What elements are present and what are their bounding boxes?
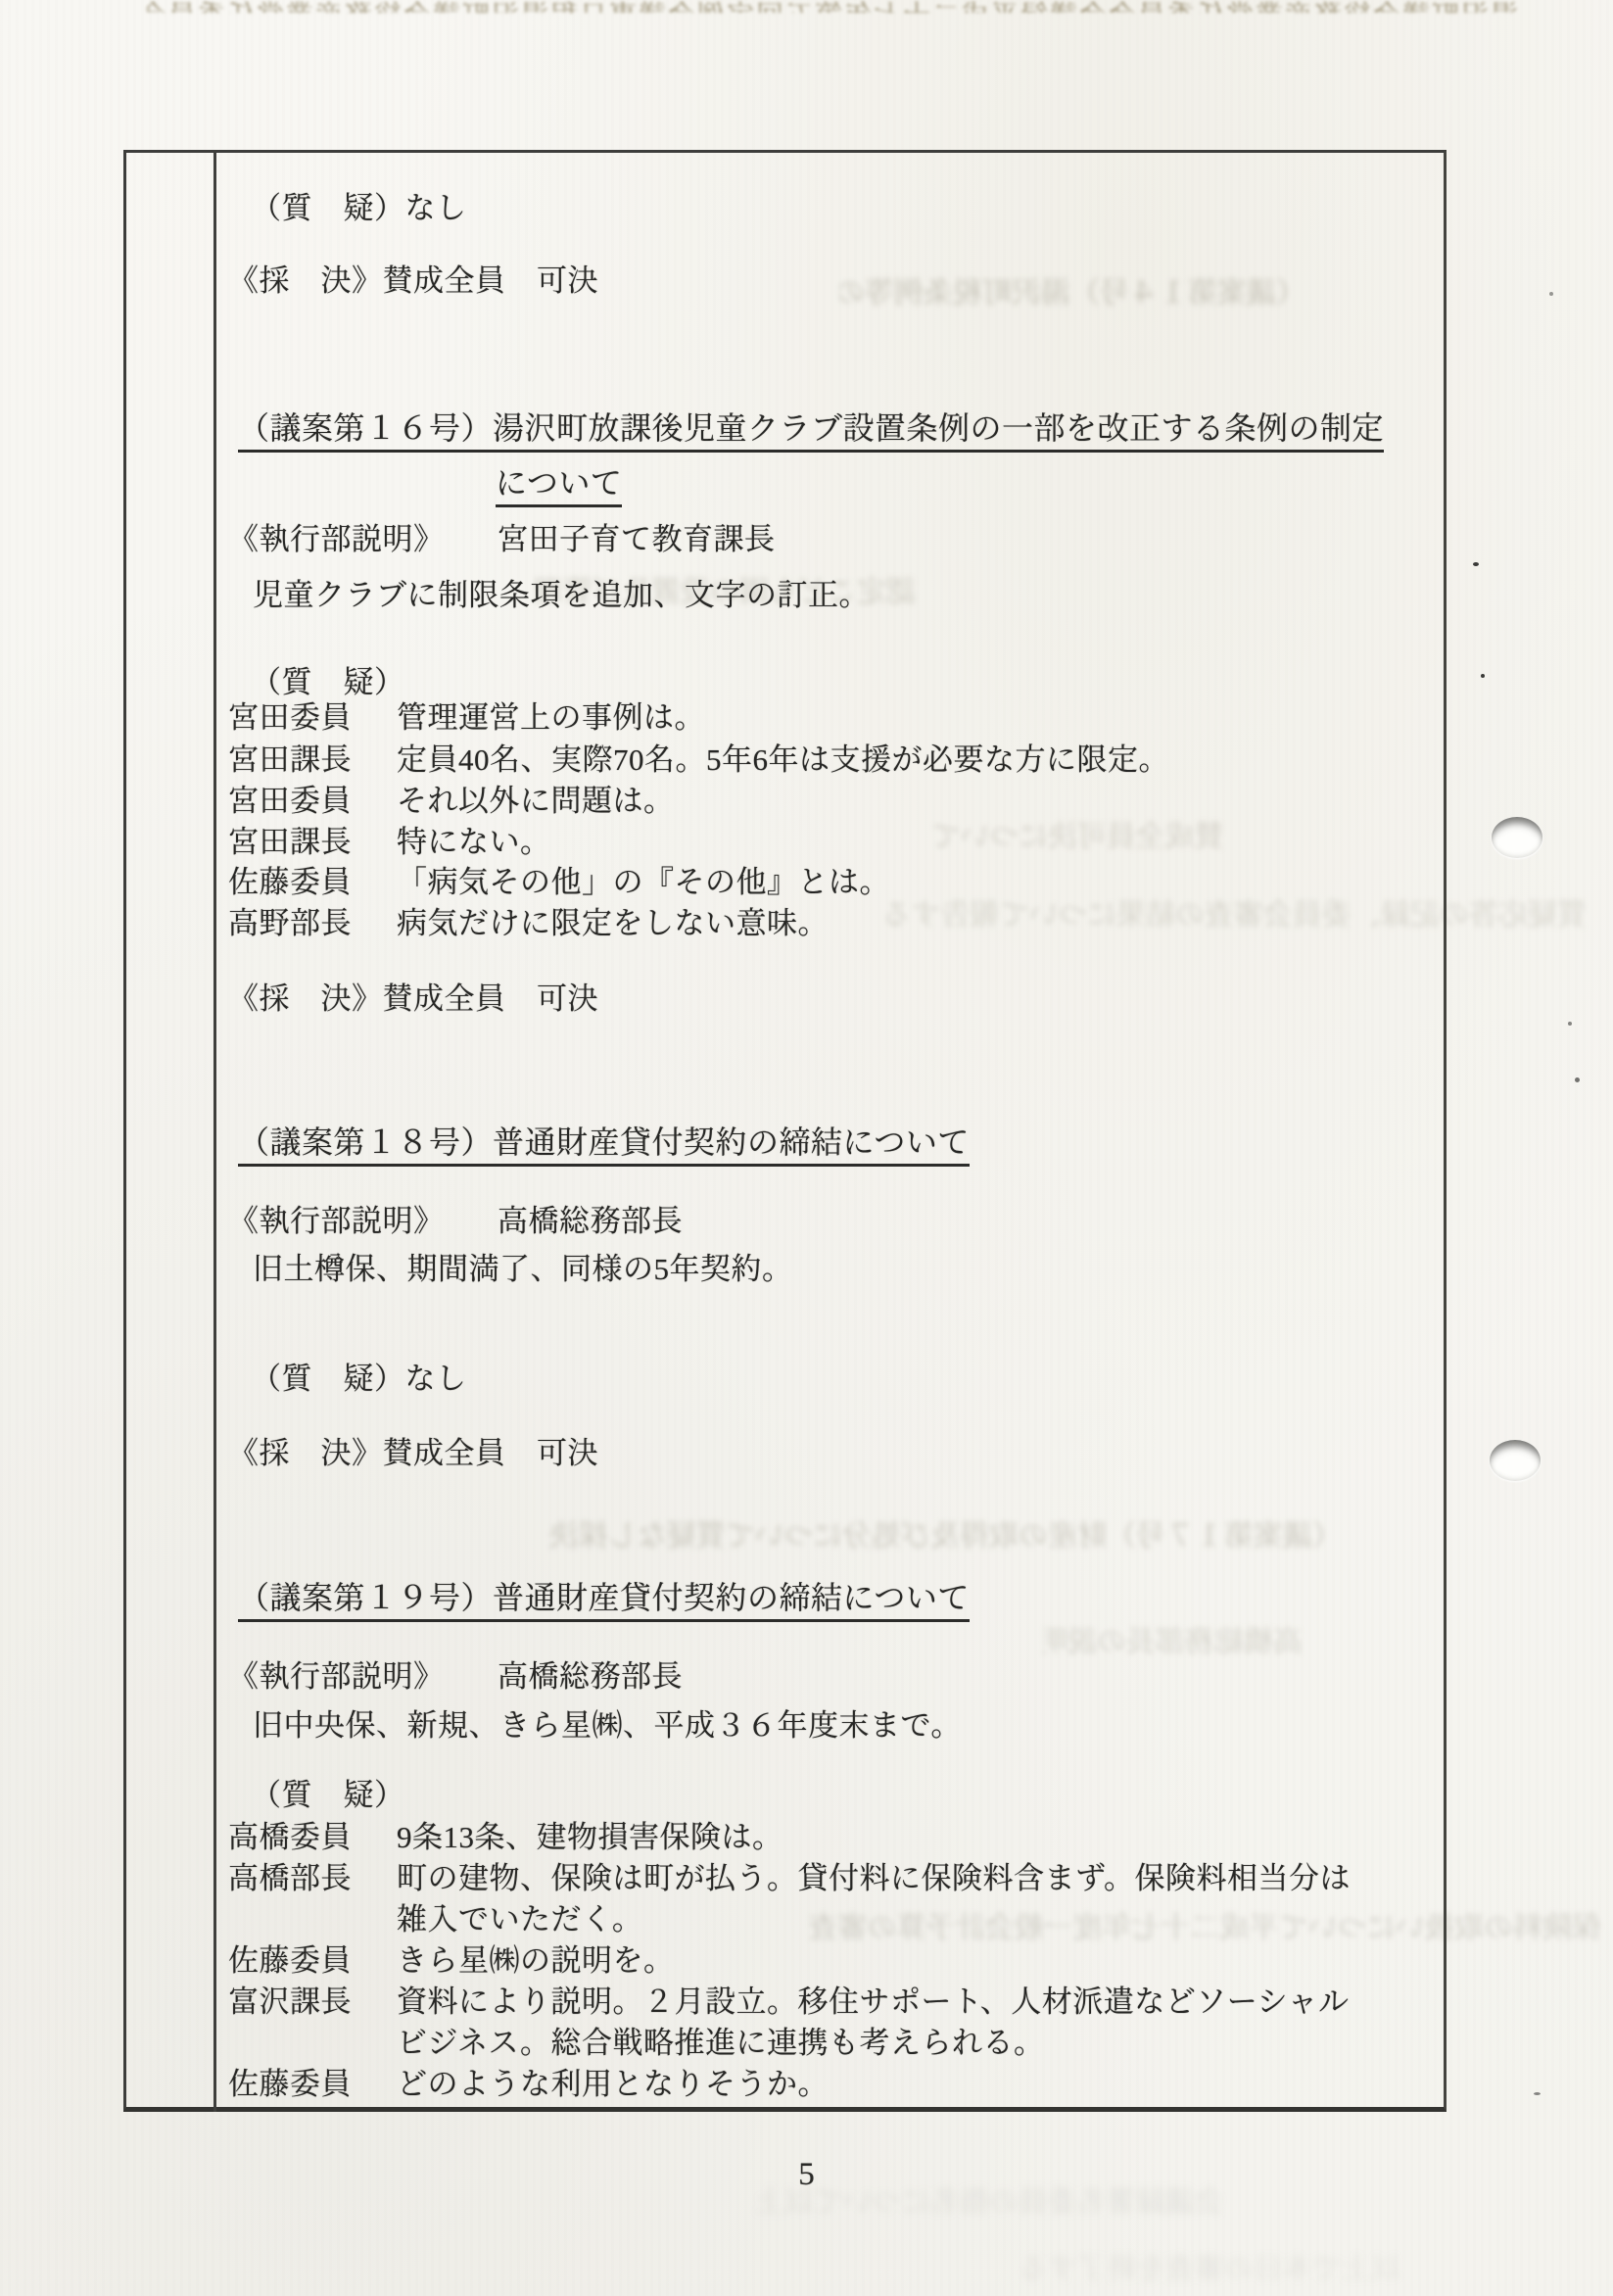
agenda19-heading-line: （議案第１９号）普通財産貸付契約の締結について: [238, 1579, 970, 1618]
qa-row: 富沢課長資料により説明。２月設立。移住サポート、人材派遣などソーシャル: [228, 1983, 1349, 2022]
agenda18-exec-summary: 旧土樽保、期間満了、同様の5年契約。: [253, 1250, 793, 1289]
agenda16-heading-line2: について: [496, 464, 622, 503]
agenda19-heading-text: （議案第１９号）普通財産貸付契約の締結について: [238, 1580, 970, 1622]
speaker-name: 高橋部長: [228, 1859, 397, 1898]
qa-row-continuation: 雑入でいただく。: [228, 1900, 642, 1939]
agenda18-exec-line: 《執行部説明》高橋総務部長: [228, 1202, 683, 1241]
exec-label: 《執行部説明》: [228, 520, 498, 559]
qa-row: 宮田課長定員40名、実際70名。5年6年は支援が必要な方に限定。: [228, 741, 1169, 780]
punch-hole-bottom: [1490, 1440, 1541, 1481]
speech-text: 定員40名、実際70名。5年6年は支援が必要な方に限定。: [397, 742, 1169, 777]
speech-text: 9条13条、建物損害保険は。: [397, 1820, 783, 1854]
qa-row: 佐藤委員どのような利用となりそうか。: [228, 2065, 829, 2104]
bleed-text: 湯沢町議会総務産業常任委員会会議録平成二十七年第五回定例会議事日程湯沢町議会総務…: [147, 1, 1518, 13]
exec-label: 《執行部説明》: [228, 1657, 498, 1697]
punch-hole-top: [1492, 817, 1542, 858]
qa-row-continuation: ビジネス。総合戦略推進に連携も考えられる。: [228, 2024, 1045, 2063]
speaker-name: 佐藤委員: [228, 1941, 397, 1981]
speech-text: 病気だけに限定をしない意味。: [397, 906, 829, 940]
qa-row: 佐藤委員きら星㈱の説明を。: [228, 1941, 675, 1981]
ink-speck: [1473, 562, 1479, 566]
speaker-name: 佐藤委員: [228, 2065, 397, 2104]
exec-speaker: 高橋総務部長: [498, 1659, 683, 1694]
qa-row: 佐藤委員「病気その他」の『その他』とは。: [228, 863, 890, 902]
speech-text: 雑入でいただく。: [397, 1902, 642, 1937]
ink-speck: [1534, 2092, 1541, 2095]
ink-speck: [1549, 292, 1553, 296]
qa-row: 宮田委員管理運営上の事例は。: [228, 698, 705, 738]
agenda16-heading-text2: について: [496, 465, 622, 507]
speech-text: どのような利用となりそうか。: [397, 2067, 829, 2101]
agenda16-saiketsu-line: 《採 決》賛成全員 可決: [228, 980, 598, 1019]
speech-text: 「病気その他」の『その他』とは。: [397, 865, 890, 899]
qa-row: 高橋委員9条13条、建物損害保険は。: [228, 1818, 783, 1857]
qa-row: 高野部長病気だけに限定をしない意味。: [228, 904, 829, 943]
agenda16-shitsugi-label: （質 疑）: [251, 663, 405, 702]
ink-speck: [1575, 1077, 1580, 1082]
bleed-text: 以上で本日の審査を終了する: [1019, 2253, 1400, 2285]
speaker-name: 富沢課長: [228, 1983, 397, 2022]
speech-text: 管理運営上の事例は。: [397, 700, 705, 735]
speaker-name: 宮田委員: [228, 782, 397, 821]
carryover-shitsugi-line: （質 疑）なし: [251, 189, 467, 228]
speech-text: ビジネス。総合戦略推進に連携も考えられる。: [397, 2026, 1045, 2060]
agenda18-shitsugi-line: （質 疑）なし: [251, 1360, 467, 1399]
ink-speck: [1481, 674, 1485, 678]
agenda16-heading-line1: （議案第１６号）湯沢町放課後児童クラブ設置条例の一部を改正する条例の制定: [238, 409, 1384, 449]
carryover-saiketsu-line: 《採 決》賛成全員 可決: [228, 262, 598, 301]
speech-text: それ以外に問題は。: [397, 784, 675, 818]
speech-text: きら星㈱の説明を。: [397, 1943, 675, 1978]
ink-speck: [1568, 1022, 1572, 1026]
exec-speaker: 高橋総務部長: [498, 1204, 683, 1238]
agenda18-saiketsu-line: 《採 決》賛成全員 可決: [228, 1434, 598, 1473]
agenda16-exec-line: 《執行部説明》宮田子育て教育課長: [228, 520, 776, 559]
speaker-name: 宮田委員: [228, 698, 397, 738]
speaker-name: 高橋委員: [228, 1818, 397, 1857]
speaker-name: 宮田課長: [228, 823, 397, 862]
exec-label: 《執行部説明》: [228, 1202, 498, 1241]
qa-row: 宮田課長特にない。: [228, 823, 551, 862]
speaker-name: 宮田課長: [228, 741, 397, 780]
qa-row: 高橋部長町の建物、保険は町が払う。貸付料に保険料含まず。保険料相当分は: [228, 1859, 1351, 1898]
agenda16-heading-text1: （議案第１６号）湯沢町放課後児童クラブ設置条例の一部を改正する条例の制定: [238, 410, 1384, 453]
bleed-through-top: 湯沢町議会総務産業常任委員会会議録平成二十七年第五回定例会議事日程湯沢町議会総務…: [147, 0, 1518, 13]
agenda18-heading-text: （議案第１８号）普通財産貸付契約の締結について: [238, 1124, 970, 1167]
agenda19-exec-line: 《執行部説明》高橋総務部長: [228, 1657, 683, 1697]
speech-text: 特にない。: [397, 825, 551, 859]
exec-speaker: 宮田子育て教育課長: [498, 522, 776, 556]
qa-row: 宮田委員それ以外に問題は。: [228, 782, 675, 821]
scanned-minutes-page: 湯沢町議会総務産業常任委員会会議録平成二十七年第五回定例会議事日程湯沢町議会総務…: [0, 0, 1613, 2296]
speaker-name: 高野部長: [228, 904, 397, 943]
agenda19-exec-summary: 旧中央保、新規、きら星㈱、平成３６年度末まで。: [253, 1706, 962, 1746]
agenda18-heading-line: （議案第１８号）普通財産貸付契約の締結について: [238, 1124, 970, 1163]
agenda19-shitsugi-label: （質 疑）: [251, 1776, 405, 1815]
speaker-name: 佐藤委員: [228, 863, 397, 902]
speech-text: 資料により説明。２月設立。移住サポート、人材派遣などソーシャル: [397, 1985, 1349, 2019]
bleed-through: 以上で本日の審査を終了する: [421, 2253, 1400, 2286]
page-number: 5: [0, 2155, 1613, 2194]
agenda16-exec-summary: 児童クラブに制限条項を追加、文字の訂正。: [253, 576, 870, 615]
speech-text: 町の建物、保険は町が払う。貸付料に保険料含まず。保険料相当分は: [397, 1861, 1351, 1895]
left-margin-divider: [213, 150, 216, 2112]
